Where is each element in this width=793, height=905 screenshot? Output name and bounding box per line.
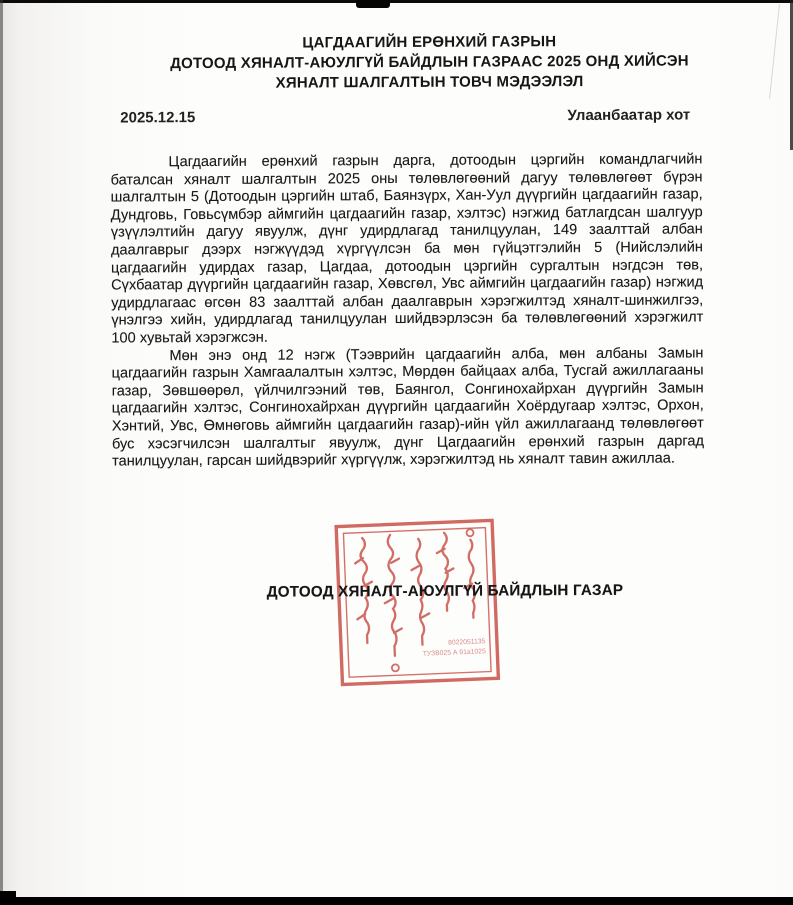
date-city-row: 2025.12.15 Улаанбаатар хот (120, 106, 690, 126)
stamp-graphic: 8022051135 ТУЗВ025 А 91а1025 (334, 518, 502, 688)
title-line-3: ХЯНАЛТ ШАЛГАЛТЫН ТОВЧ МЭДЭЭЛЭЛ (123, 71, 736, 94)
signature-organization: ДОТООД ХЯНАЛТ-АЮУЛГҮЙ БАЙДЛЫН ГАЗАР (267, 582, 624, 601)
document-body: ЦАГДААГИЙН ЕРӨНХИЙ ГАЗРЫН ДОТООД ХЯНАЛТ-… (0, 0, 793, 905)
document-city: Улаанбаатар хот (567, 106, 690, 124)
document-date: 2025.12.15 (120, 109, 195, 126)
title-line-2: ДОТООД ХЯНАЛТ-АЮУЛГҮЙ БАЙДЛЫН ГАЗРААС 20… (123, 51, 736, 74)
official-red-stamp: 8022051135 ТУЗВ025 А 91а1025 (334, 518, 502, 688)
stamp-serial-2: ТУЗВ025 А 91а1025 (423, 648, 487, 658)
paragraph-2: Мөн энэ онд 12 нэгж (Тээврийн цагдаагийн… (111, 345, 704, 471)
document-text: Цагдаагийн ерөнхий газрын дарга, дотооды… (110, 151, 704, 471)
document-title: ЦАГДААГИЙН ЕРӨНХИЙ ГАЗРЫН ДОТООД ХЯНАЛТ-… (123, 31, 736, 94)
stamp-serial-1: 8022051135 (448, 638, 486, 646)
paragraph-1: Цагдаагийн ерөнхий газрын дарга, дотооды… (110, 151, 703, 348)
stamp-serial-numbers: 8022051135 ТУЗВ025 А 91а1025 (422, 638, 486, 658)
scanned-document-page: ЦАГДААГИЙН ЕРӨНХИЙ ГАЗРЫН ДОТООД ХЯНАЛТ-… (0, 0, 793, 905)
